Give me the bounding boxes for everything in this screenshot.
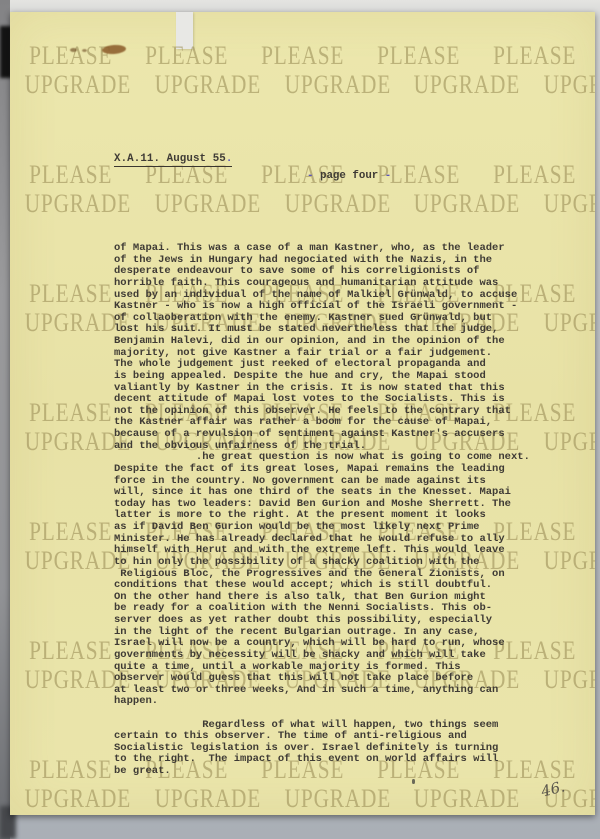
watermark-line: UPGRADEUPGRADEUPGRADEUPGRADEUPGRADE bbox=[10, 72, 595, 98]
watermark-word: PLEASE bbox=[29, 43, 112, 69]
watermark-line: PLEASEPLEASEPLEASEPLEASEPLEASE bbox=[10, 162, 595, 188]
body-line: horrible faith. This courageous and huma… bbox=[114, 278, 530, 290]
watermark-line: UPGRADEUPGRADEUPGRADEUPGRADEUPGRADE bbox=[10, 786, 595, 812]
body-line: is being appealed. Despite the hue and c… bbox=[114, 371, 530, 383]
watermark-word: PLEASE bbox=[29, 757, 112, 783]
watermark-word: UPGRADE bbox=[284, 72, 390, 98]
watermark-word: UPGRADE bbox=[544, 429, 595, 455]
watermark-word: UPGRADE bbox=[154, 191, 260, 217]
watermark-word: UPGRADE bbox=[284, 786, 390, 812]
watermark-word: PLEASE bbox=[29, 400, 112, 426]
watermark-word: UPGRADE bbox=[414, 72, 520, 98]
watermark-word: UPGRADE bbox=[544, 310, 595, 336]
watermark-word: UPGRADE bbox=[25, 72, 131, 98]
body-line: happen. bbox=[114, 696, 530, 708]
paragraph-3: Regardless of what will happen, two thin… bbox=[114, 720, 530, 778]
watermark-word: UPGRADE bbox=[25, 786, 131, 812]
watermark-row: PLEASEPLEASEPLEASEPLEASEPLEASEUPGRADEUPG… bbox=[10, 43, 595, 98]
body-line: conditions that these would accept; whic… bbox=[114, 580, 530, 592]
watermark-word: UPGRADE bbox=[154, 786, 260, 812]
stain-speck bbox=[82, 49, 87, 52]
watermark-word: UPGRADE bbox=[414, 191, 520, 217]
paragraph-1: of Mapai. This was a case of a man Kastn… bbox=[114, 243, 530, 452]
watermark-word: PLEASE bbox=[145, 43, 228, 69]
watermark-word: PLEASE bbox=[29, 162, 112, 188]
watermark-word: PLEASE bbox=[261, 43, 344, 69]
header-date-line: X.A.11. August 55. bbox=[114, 153, 232, 167]
watermark-word: UPGRADE bbox=[25, 191, 131, 217]
paragraph-2: .he great question is now what is going … bbox=[114, 452, 530, 708]
page-dash-right: - bbox=[385, 170, 391, 182]
watermark-word: UPGRADE bbox=[284, 191, 390, 217]
watermark-word: UPGRADE bbox=[544, 548, 595, 574]
document-paper: PLEASEPLEASEPLEASEPLEASEPLEASEUPGRADEUPG… bbox=[10, 12, 595, 815]
watermark-word: PLEASE bbox=[29, 638, 112, 664]
watermark-word: PLEASE bbox=[29, 281, 112, 307]
date-end-mark: . bbox=[226, 153, 233, 165]
header-page-number: - page four - bbox=[307, 170, 391, 182]
body-line: as if David Ben Gurion would be the most… bbox=[114, 522, 530, 534]
body-line: Kastner - who is now a high official of … bbox=[114, 301, 530, 313]
date-text: X.A.11. August 55 bbox=[114, 153, 226, 165]
watermark-word: UPGRADE bbox=[544, 191, 595, 217]
body-line: Despite the fact of its great loses, Map… bbox=[114, 464, 530, 476]
stain-speck bbox=[70, 48, 77, 52]
watermark-row: PLEASEPLEASEPLEASEPLEASEPLEASEUPGRADEUPG… bbox=[10, 162, 595, 217]
watermark-line: PLEASEPLEASEPLEASEPLEASEPLEASE bbox=[10, 43, 595, 69]
scan-left-edge bbox=[0, 0, 10, 839]
body-line: decent attitude of Mapai lost votes to t… bbox=[114, 394, 530, 406]
date-underline: X.A.11. August 55. bbox=[114, 153, 232, 167]
body-line: governments by necessity will be shacky … bbox=[114, 650, 530, 662]
body-line: Benjamin Halevi, did in our opinion, and… bbox=[114, 336, 530, 348]
body-line: be great. bbox=[114, 766, 530, 778]
body-line: to the right. The impact of this event o… bbox=[114, 754, 530, 766]
body-line: of Mapai. This was a case of a man Kastn… bbox=[114, 243, 530, 255]
stain-speck bbox=[412, 779, 415, 784]
body-line: observer would guess that this will not … bbox=[114, 673, 530, 685]
watermark-word: UPGRADE bbox=[544, 667, 595, 693]
watermark-word: UPGRADE bbox=[544, 72, 595, 98]
page-label: page four bbox=[320, 170, 378, 182]
watermark-word: UPGRADE bbox=[154, 72, 260, 98]
watermark-word: PLEASE bbox=[493, 43, 576, 69]
document-body: of Mapai. This was a case of a man Kastn… bbox=[114, 243, 530, 778]
watermark-line: UPGRADEUPGRADEUPGRADEUPGRADEUPGRADE bbox=[10, 191, 595, 217]
watermark-word: PLEASE bbox=[377, 43, 460, 69]
body-line: to hin only the possibility of a shacky … bbox=[114, 557, 530, 569]
body-line: server does as yet rather doubt this pos… bbox=[114, 615, 530, 627]
page-dash-left: - bbox=[307, 170, 313, 182]
watermark-word: PLEASE bbox=[29, 519, 112, 545]
body-line: because of a revulsion of sentiment agai… bbox=[114, 429, 530, 441]
watermark-word: PLEASE bbox=[493, 162, 576, 188]
body-line: at least two or three weeks, And in such… bbox=[114, 685, 530, 697]
body-line: will, since it has one third of the seat… bbox=[114, 487, 530, 499]
watermark-word: UPGRADE bbox=[414, 786, 520, 812]
